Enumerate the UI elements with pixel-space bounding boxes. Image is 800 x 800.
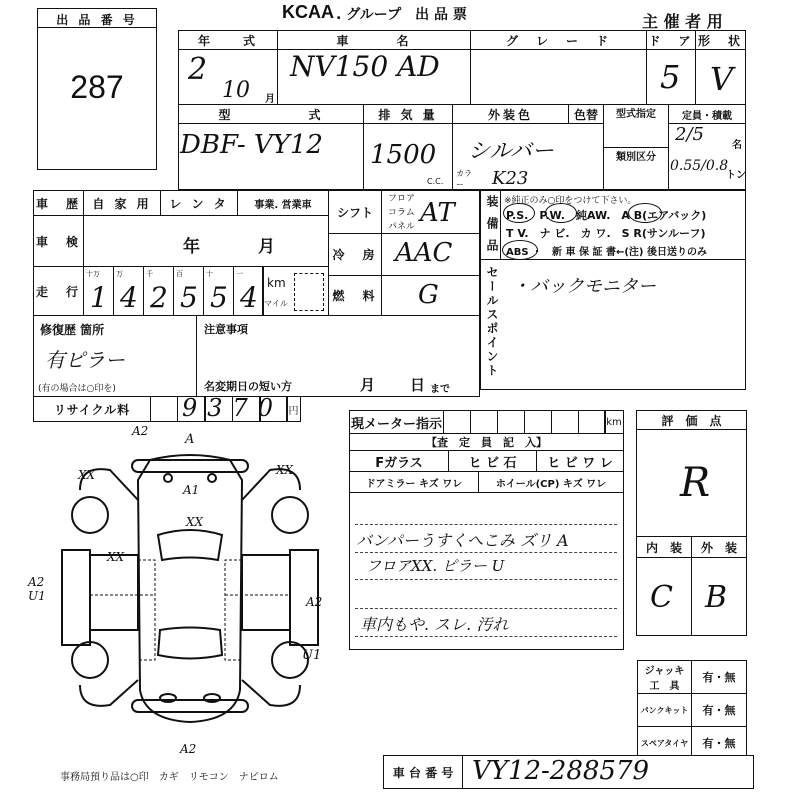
inspection-month-unit: 月 xyxy=(258,232,275,257)
mileage-digit-cell: 十5 xyxy=(203,266,234,316)
cc-unit: C.C. xyxy=(427,177,443,186)
puncture-kit-value[interactable]: 有・無 xyxy=(691,693,747,727)
sales-point-label: セールスポイント xyxy=(484,266,501,378)
body-value: V xyxy=(710,60,733,98)
jack-label: ジャッキ 工 具 xyxy=(637,660,692,694)
mileage-digit-label: 一 xyxy=(234,267,245,281)
ac-value: AAC xyxy=(395,238,452,268)
color-no-value: K23 xyxy=(492,168,528,189)
meter-digit-cell[interactable] xyxy=(578,410,606,434)
mileage-digit-label: 十万 xyxy=(84,267,102,281)
mileage-digit-cell: 万4 xyxy=(113,266,144,316)
interior-label: 内 装 xyxy=(636,536,692,558)
year-label: 年 式 xyxy=(178,30,278,50)
puncture-kit-label: パンクキット xyxy=(637,693,692,727)
month-unit: 月 xyxy=(265,90,275,105)
mileage-digit-label: 十 xyxy=(204,267,215,281)
history-label: 車 歴 xyxy=(33,190,84,216)
name-change-month: 月 xyxy=(360,374,375,395)
office-items: 事務局預り品は○印 カギ リモコン ナビロム xyxy=(60,768,279,783)
form-title: . グループ 出 品 票 xyxy=(336,4,467,24)
mileage-digit-cell: 百5 xyxy=(173,266,204,316)
mileage-digit-value: 4 xyxy=(240,281,258,314)
inspection-cell xyxy=(83,215,329,267)
mile-checkbox[interactable] xyxy=(294,273,324,311)
history-private[interactable]: 自 家 用 xyxy=(83,190,161,216)
shift-floor[interactable]: フロア xyxy=(388,191,415,204)
recycle-digit-cell xyxy=(150,396,178,422)
capacity-unit: 名 xyxy=(732,136,742,151)
mileage-digit-value: 4 xyxy=(120,281,138,314)
history-commercial[interactable]: 事業. 営業車 xyxy=(237,190,329,216)
mark-left-fender: XX xyxy=(78,468,95,482)
load-unit: トン xyxy=(726,166,746,181)
mark-front: A xyxy=(185,432,194,447)
score-label: 評 価 点 xyxy=(636,410,747,430)
name-change-label: 名変期日の短い方 xyxy=(204,378,292,394)
mark-hood: A1 xyxy=(183,483,199,497)
name-change-day: 日 xyxy=(410,374,425,395)
meter-cells xyxy=(443,410,605,434)
mileage-digit-value: 5 xyxy=(180,281,198,314)
mileage-digit-label: 万 xyxy=(114,267,125,281)
inspector-header: 【査 定 員 記 入】 xyxy=(349,433,624,451)
meter-digit-cell[interactable] xyxy=(470,410,498,434)
sales-point-text: ・バックモニター xyxy=(512,272,656,298)
lot-number: 287 xyxy=(38,69,156,106)
mark-rear-bumper: A2 xyxy=(180,742,196,756)
displacement-label: 排 気 量 xyxy=(363,104,453,124)
repair-label: 修復歴 箇所 xyxy=(40,321,104,338)
chassis-value: VY12-288579 xyxy=(472,756,649,786)
circle-pw xyxy=(545,203,577,223)
shift-label: シフト xyxy=(328,190,382,234)
circle-ps xyxy=(503,203,535,223)
car-name: NV150 AD xyxy=(290,50,440,83)
mark-cowl: XX xyxy=(186,515,203,529)
ac-label: 冷 房 xyxy=(328,233,382,276)
grade-cell xyxy=(470,49,647,105)
model-label: 型 式 xyxy=(178,104,364,124)
year-value: 2 xyxy=(188,52,207,87)
history-rental[interactable]: レ ン タ xyxy=(160,190,238,216)
interior-value: C xyxy=(650,580,673,615)
inspection-label: 車 検 xyxy=(33,215,84,267)
recycle-label: リサイクル料 xyxy=(33,396,151,422)
notes-label: 注意事項 xyxy=(204,321,248,337)
crack-label[interactable]: ヒ ビ ワ レ xyxy=(536,450,624,472)
exterior-label: 外 装 xyxy=(691,536,747,558)
color-label: 外装色 xyxy=(452,104,569,124)
meter-label: 現メーター指示 xyxy=(349,410,444,434)
mark-right-side: A2 xyxy=(306,595,322,609)
model-value: DBF- VY12 xyxy=(180,130,323,160)
meter-digit-cell[interactable] xyxy=(551,410,579,434)
color-change-label: 色替 xyxy=(568,104,604,124)
mark-left-door: XX xyxy=(107,550,124,564)
shift-value: AT xyxy=(420,198,455,228)
shift-panel[interactable]: パネル xyxy=(388,219,415,232)
mileage-label: 走 行 xyxy=(33,266,84,316)
chassis-label: 車 台 番 号 xyxy=(383,755,463,789)
shift-column[interactable]: コラム xyxy=(388,205,415,218)
repair-note: (有の場合は○印を) xyxy=(38,381,116,394)
type-designation-label: 型式指定 xyxy=(603,104,669,148)
score-value: R xyxy=(680,460,710,506)
mark-right-fender: XX xyxy=(276,463,293,477)
brand-logo: KCAA xyxy=(282,2,334,23)
mark-front-bumper: A2 xyxy=(132,424,148,438)
mark-left-side: A2 U1 xyxy=(28,575,58,603)
color-value: シルバー xyxy=(468,134,554,165)
mileage-digit-value: 1 xyxy=(90,281,108,314)
circle-ab xyxy=(628,203,662,223)
unit-mile: マイル xyxy=(264,298,288,309)
circle-abs xyxy=(502,240,538,260)
mileage-digit-cell: 十万1 xyxy=(83,266,114,316)
mileage-digits: 十万1万4千2百5十5一4 xyxy=(83,266,263,316)
lot-label: 出 品 番 号 xyxy=(38,11,156,28)
lot-box: 出 品 番 号 287 xyxy=(37,8,157,170)
equipment-label: 装備品 xyxy=(484,195,501,261)
repair-value: 有ピラー xyxy=(45,344,125,373)
meter-digit-cell[interactable] xyxy=(443,410,471,434)
stone-chip-label[interactable]: ヒ ビ 石 xyxy=(448,450,536,472)
name-label: 車 名 xyxy=(277,30,471,50)
meter-unit: km xyxy=(604,410,624,434)
inspector-line-1: バンパーうすくへこみ ズリ A xyxy=(356,528,569,551)
recycle-unit: 円 xyxy=(286,396,301,422)
capacity-value: 2/5 xyxy=(675,124,704,145)
mark-right-rear: U1 xyxy=(302,648,321,663)
name-change-until: まで xyxy=(430,380,450,395)
recycle-value: 9370 xyxy=(182,394,283,422)
jack-value[interactable]: 有・無 xyxy=(691,660,747,694)
month-value: 10 xyxy=(222,78,250,103)
wheel-label: ホイール(CP) キズ ワレ xyxy=(478,471,624,493)
inspection-year-unit: 年 xyxy=(183,232,200,257)
class-label: 類別区分 xyxy=(603,147,669,190)
meter-digit-cell[interactable] xyxy=(497,410,525,434)
mileage-digit-label: 千 xyxy=(144,267,155,281)
mileage-digit-value: 2 xyxy=(150,281,168,314)
mileage-digit-label: 百 xyxy=(174,267,185,281)
equipment-row2: T V. ナ ビ. カ ワ. S R(サンルーフ) xyxy=(506,225,706,241)
mirror-label: ドアミラー キズ ワレ xyxy=(349,471,479,493)
copy-label: 主 催 者 用 xyxy=(642,9,723,32)
mileage-digit-cell: 千2 xyxy=(143,266,174,316)
capacity-label: 定員・積載 xyxy=(668,104,746,124)
fuel-label: 燃 料 xyxy=(328,275,382,316)
grade-label: グ レ ー ド xyxy=(470,30,647,50)
meter-digit-cell[interactable] xyxy=(524,410,552,434)
doors-value: 5 xyxy=(660,58,680,96)
exterior-value: B xyxy=(705,580,727,615)
mileage-digit-cell: 一4 xyxy=(233,266,264,316)
doors-label: ド ア xyxy=(646,30,696,50)
load-value: 0.55/0.8 xyxy=(670,158,728,174)
unit-km: km xyxy=(267,276,286,290)
windshield-label: Fガラス xyxy=(349,450,449,472)
mileage-digit-value: 5 xyxy=(210,281,228,314)
inspector-line-3: 車内もや. スレ. 汚れ xyxy=(360,612,508,635)
displacement-value: 1500 xyxy=(370,140,436,170)
equipment-row1: P.S. P.W. 純AW. A B(エアバック) xyxy=(506,207,706,223)
fuel-value: G xyxy=(418,280,439,310)
body-label: 形 状 xyxy=(695,30,746,50)
inspector-line-2: フロアXX. ピラー U xyxy=(366,555,504,576)
